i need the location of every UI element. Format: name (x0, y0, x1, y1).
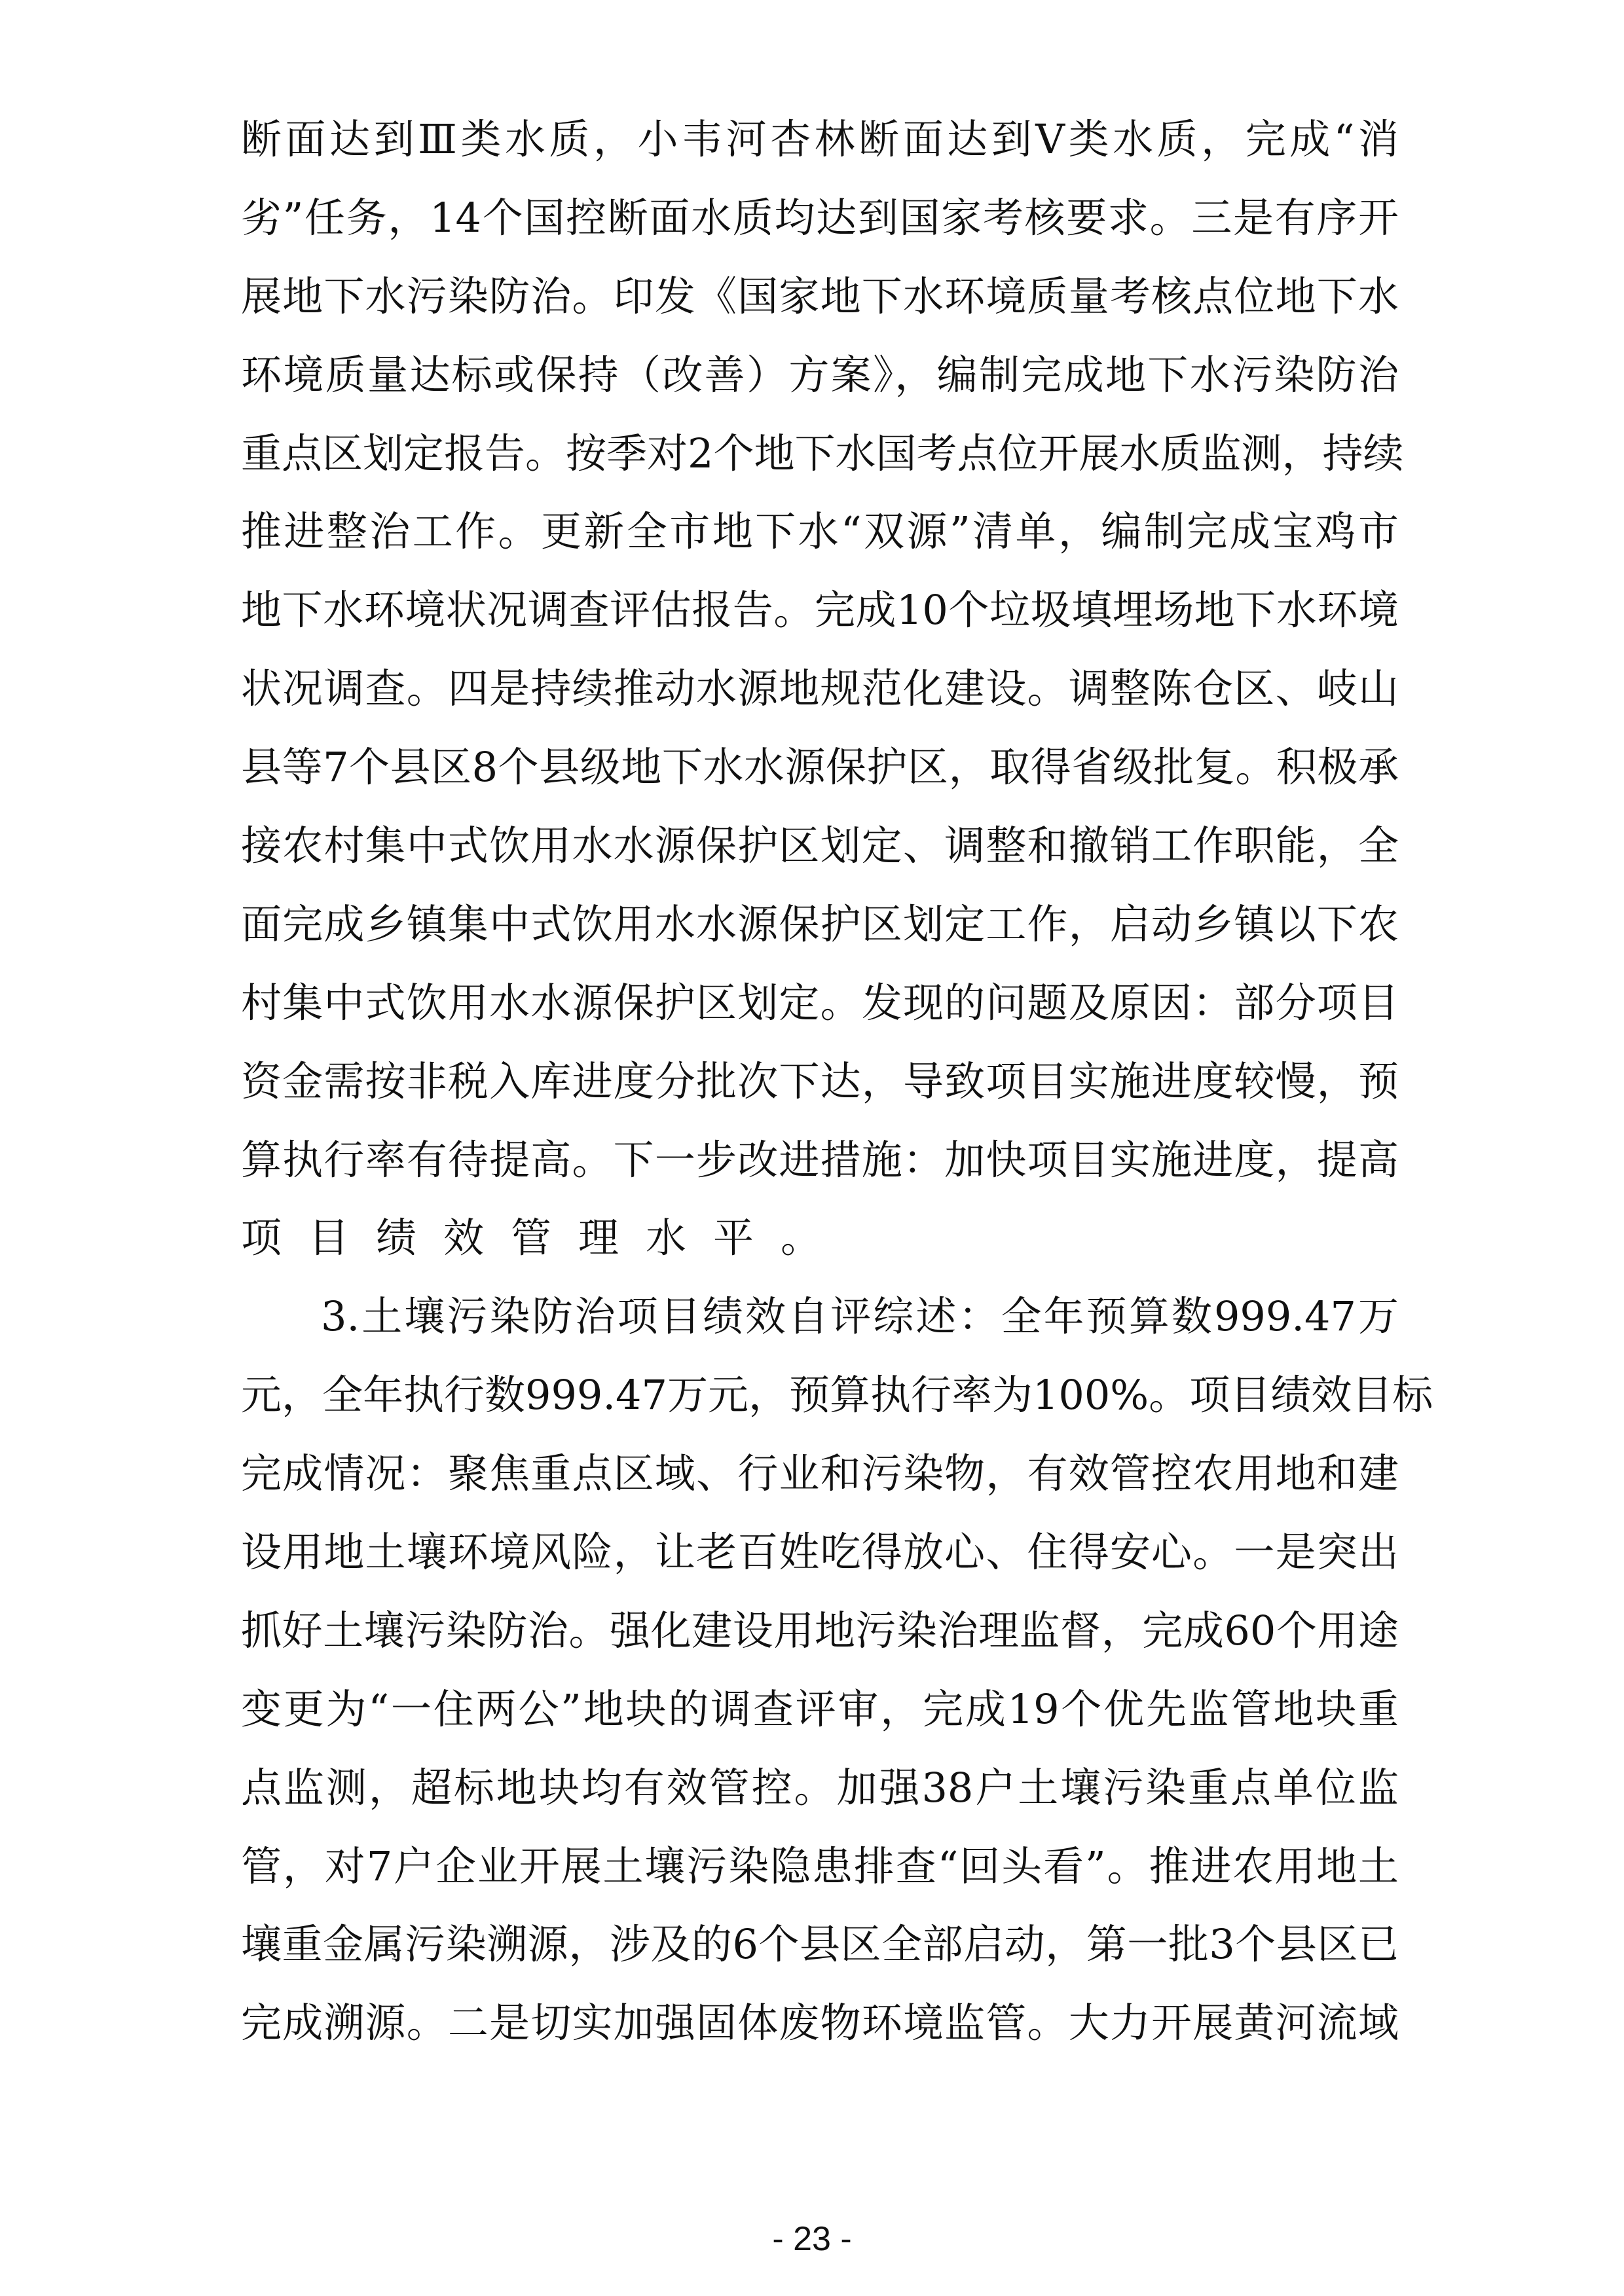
text-line: 项目绩效管理水平。 (241, 1199, 1399, 1277)
text-line: 断面达到Ⅲ类水质，小韦河杏林断面达到Ⅴ类水质，完成“消 (241, 100, 1399, 179)
page-number: - 23 - (0, 2219, 1624, 2259)
text-line: 抓好土壤污染防治。强化建设用地污染治理监督，完成60个用途 (241, 1592, 1399, 1670)
text-line: 算执行率有待提高。下一步改进措施：加快项目实施进度，提高 (241, 1121, 1399, 1199)
text-line: 资金需按非税入库进度分批次下达，导致项目实施进度较慢，预 (241, 1042, 1399, 1121)
paragraph-soil-pollution-prevention: 3.土壤污染防治项目绩效自评综述：全年预算数999.47万 元，全年执行数999… (241, 1277, 1400, 2062)
text-line: 县等7个县区8个县级地下水水源保护区，取得省级批复。积极承 (241, 728, 1399, 807)
text-line: 接农村集中式饮用水水源保护区划定、调整和撤销工作职能，全 (241, 807, 1399, 885)
text-line: 点监测，超标地块均有效管控。加强38户土壤污染重点单位监 (241, 1749, 1399, 1827)
text-line: 设用地土壤环境风险，让老百姓吃得放心、住得安心。一是突出 (241, 1513, 1399, 1592)
text-line: 变更为“一住两公”地块的调查评审，完成19个优先监管地块重 (241, 1670, 1399, 1749)
text-line: 元，全年执行数999.47万元，预算执行率为100%。项目绩效目标 (241, 1356, 1399, 1434)
text-line: 村集中式饮用水水源保护区划定。发现的问题及原因：部分项目 (241, 964, 1399, 1042)
text-line: 重点区划定报告。按季对2个地下水国考点位开展水质监测，持续 (241, 414, 1399, 493)
text-line: 完成情况：聚焦重点区域、行业和污染物，有效管控农用地和建 (241, 1434, 1399, 1513)
text-line: 推进整治工作。更新全市地下水“双源”清单，编制完成宝鸡市 (241, 492, 1399, 571)
text-line: 完成溯源。二是切实加强固体废物环境监管。大力开展黄河流域 (241, 1984, 1399, 2062)
text-line: 劣”任务，14个国控断面水质均达到国家考核要求。三是有序开 (241, 179, 1399, 257)
text-line: 3.土壤污染防治项目绩效自评综述：全年预算数999.47万 (241, 1277, 1399, 1356)
text-line: 壤重金属污染溯源，涉及的6个县区全部启动，第一批3个县区已 (241, 1905, 1399, 1984)
text-line: 管，对7户企业开展土壤污染隐患排查“回头看”。推进农用地土 (241, 1827, 1399, 1906)
document-page: 断面达到Ⅲ类水质，小韦河杏林断面达到Ⅴ类水质，完成“消 劣”任务，14个国控断面… (0, 0, 1624, 2296)
paragraph-water-pollution-continued: 断面达到Ⅲ类水质，小韦河杏林断面达到Ⅴ类水质，完成“消 劣”任务，14个国控断面… (241, 100, 1400, 1277)
text-line: 状况调查。四是持续推动水源地规范化建设。调整陈仓区、岐山 (241, 649, 1399, 728)
text-line: 地下水环境状况调查评估报告。完成10个垃圾填埋场地下水环境 (241, 571, 1399, 649)
text-line: 面完成乡镇集中式饮用水水源保护区划定工作，启动乡镇以下农 (241, 885, 1399, 964)
text-line: 展地下水污染防治。印发《国家地下水环境质量考核点位地下水 (241, 257, 1399, 336)
text-line: 环境质量达标或保持（改善）方案》，编制完成地下水污染防治 (241, 336, 1399, 414)
document-body: 断面达到Ⅲ类水质，小韦河杏林断面达到Ⅴ类水质，完成“消 劣”任务，14个国控断面… (241, 100, 1400, 2062)
